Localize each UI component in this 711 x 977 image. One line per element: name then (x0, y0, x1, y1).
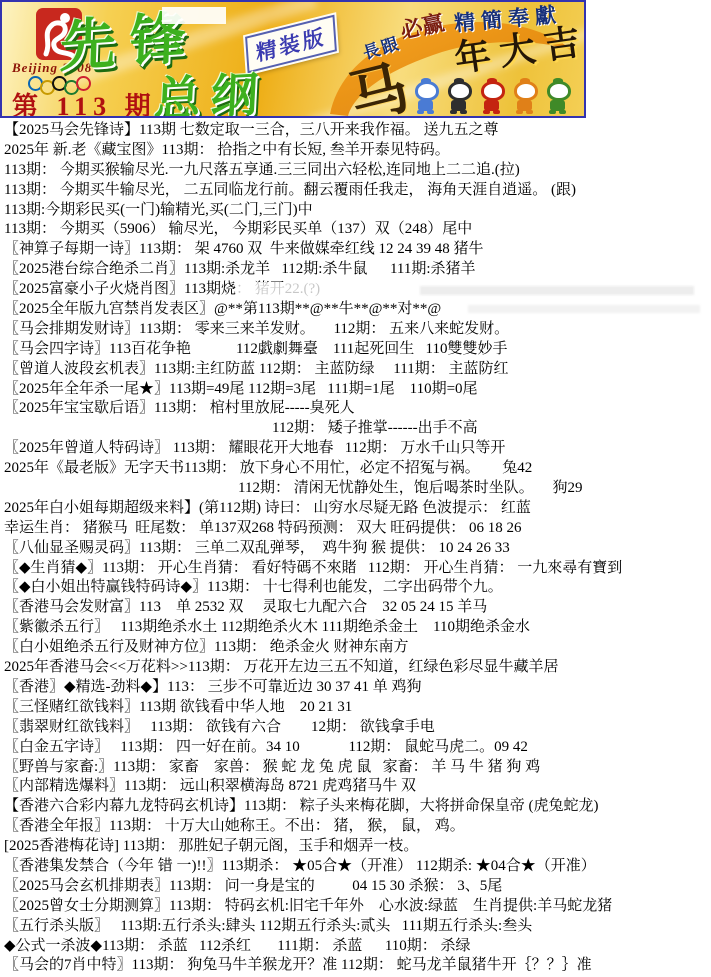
text-line: [2025香港梅花诗] 113期： 那胜妃子朝元阁，玉手和烟弄一枝。 (0, 837, 711, 857)
text-line: 〖野兽与家畜:〗113期： 家畜 家兽： 猴 蛇 龙 兔 虎 鼠 家畜： 羊 马… (0, 758, 711, 778)
issue-number: 第 113 期 (12, 86, 157, 118)
text-line: 〖白小姐绝杀五行及财神方位〗113期： 绝杀金火 财神东南方 (0, 638, 711, 658)
text-line: 〖内部精选爆料〗113期： 远山积翠横海岛 8721 虎鸡猪马牛 双 (0, 777, 711, 797)
text-line: 〖2025富豪小子火烧肖图〗113期烧： 猪开22.(?) (0, 280, 711, 300)
text-line: 2025年香港马会<<万花料>>113期： 万花开左边三五不知道，红绿色彩尽显牛… (0, 658, 711, 678)
text-line: 〖神算子每期一诗〗113期： 架 4760 双 牛来做媒牵红线 12 24 39… (0, 240, 711, 260)
text-line: 〖翡翠财红欲钱料〗 113期： 欲钱有六合 12期： 欲钱拿手电 (0, 718, 711, 738)
fuwa-beibei-icon (412, 81, 440, 114)
text-line: 〖2025曾女士分期测算〗113期： 特码玄机:旧宅千年外 心水波:绿蓝 生肖提… (0, 897, 711, 917)
text-line: 〖香港集发禁合（今年 错 一)!!〗113期杀： ★05合★（开准） 112期杀… (0, 857, 711, 877)
text-line: 〖2025年宝宝歇后语〗113期： 棺村里放屁-----臭死人 (0, 399, 711, 419)
text-line: ◆公式一杀波◆113期： 杀蓝 112杀红 111期： 杀蓝 110期： 杀绿 (0, 937, 711, 957)
content-lines: 【2025马会先锋诗】113期 七数定取一三合，三八开来我作福。 送九五之尊20… (0, 121, 711, 976)
text-line: 2025年 新.老《藏宝图》113期： 拾指之中有长短, 叁羊开泰见特码。 (0, 141, 711, 161)
text-line: 〖2025年曾道人特码诗〗 113期： 耀眼花开大地春 112期： 万水千山只等… (0, 439, 711, 459)
text-line: 〖2025马会玄机排期表〗113期： 问一身是宝的 04 15 30 杀猴： 3… (0, 877, 711, 897)
text-line: 〖白金五字诗〗 113期： 四一好在前。34 10 112期： 鼠蛇马虎二。09… (0, 738, 711, 758)
text-line: 113期： 今期买猴输尽光.一九尺落五享通.三三同出六轻松,连同地上二二追.(拉… (0, 161, 711, 181)
fuwa-yingying-icon (511, 81, 539, 114)
text-line: 113期:今期彩民买(一门)输精光,买(二门,三门)中 (0, 201, 711, 221)
text-line: 〖曾道人波段玄机表〗113期:主红防蓝 112期： 主蓝防绿 111期： 主蓝防… (0, 360, 711, 380)
text-line: 〖香港马会发财富〗113 单 2532 双 灵取七九配六合 32 05 24 1… (0, 598, 711, 618)
text-line: 〖2025港台综合绝杀二肖〗113期:杀龙羊 112期:杀牛鼠 111期:杀猪羊 (0, 260, 711, 280)
text-line: 【香港六合彩内幕九龙特码玄机诗】113期： 粽子头来梅花脚，大将拼命保皇帝 (虎… (0, 797, 711, 817)
whiteout-patch (162, 7, 226, 24)
text-line: 〖八仙显圣赐灵码〗113期： 三单二双乱弹琴， 鸡牛狗 猴 提供： 10 24 … (0, 539, 711, 559)
fuwa-huanhuan-icon (478, 81, 506, 114)
text-line: 113期： 今期买牛输尽光， 二五同临龙行前。翻云覆雨任我走， 海角天涯自逍遥。… (0, 181, 711, 201)
masthead-banner: Beijing 2008 先锋 精装版 总纲 第 113 期 必赢 精簡奉獻 長… (0, 0, 586, 118)
text-line: 〖2025全年版九宫禁肖发表区〗@**第113期**@**牛**@**对**@ (0, 300, 711, 320)
text-line: 〖三怪赌红欲钱料〗113期 欲钱看中华人地 20 21 31 (0, 698, 711, 718)
text-line: 〖◆生肖猜◆〗113期： 开心生肖猜： 看好特碼不來賭 112期： 开心生肖猜：… (0, 559, 711, 579)
fuwa-jingjing-icon (445, 81, 473, 114)
text-line: 〖五行杀头版〗 113期:五行杀头:肆头 112期五行杀头:贰头 111期五行杀… (0, 917, 711, 937)
text-line: 112期： 矮子推掌------出手不高 (0, 419, 711, 439)
masthead-title-bottom: 总纲 (152, 57, 269, 118)
text-line: 113期： 今期买（5906） 输尽光， 今期彩民买单（137）双（248）尾中 (0, 220, 711, 240)
text-line: 〖马会排期发财诗〗113期： 零来三来羊发财。 112期： 五来八来蛇发财。 (0, 320, 711, 340)
lottery-tip-sheet: Beijing 2008 先锋 精装版 总纲 第 113 期 必赢 精簡奉獻 長… (0, 0, 711, 977)
text-line: 〖香港〗◆精选-劲料◆】113： 三步不可靠近边 30 37 41 单 鸡狗 (0, 678, 711, 698)
fuwa-mascot-row (412, 81, 572, 114)
text-line: 〖◆白小姐出特赢钱特码诗◆〗113期： 十七得利也能发，二字出码带个九。 (0, 578, 711, 598)
text-line: 【2025马会先锋诗】113期 七数定取一三合，三八开来我作福。 送九五之尊 (0, 121, 711, 141)
text-line: 〖马会的7肖中特〗113期： 狗兔马牛羊猴龙开？准 112期： 蛇马龙羊鼠猪牛开… (0, 956, 711, 976)
text-line: 幸运生肖： 猪猴马 旺尾数： 单137双268 特码预测： 双大 旺码提供： 0… (0, 519, 711, 539)
text-line: 〖马会四字诗〗113百花争艳 112戯劇舞臺 111起死回生 110雙雙妙手 (0, 340, 711, 360)
text-line: 2025年《最老版》无字天书113期： 放下身心不用忙，必定不招冤与祸。 兔42 (0, 459, 711, 479)
text-line: 2025年白小姐每期超级来料】(第112期) 诗曰： 山穷水尽疑无路 色波提示：… (0, 499, 711, 519)
text-line: 〖2025年全年杀一尾★〗113期=49尾 112期=3尾 111期=1尾 11… (0, 380, 711, 400)
text-line: 〖紫徽杀五行〗 113期绝杀水土 112期绝杀火木 111期绝杀金土 110期绝… (0, 618, 711, 638)
text-line: 〖香港全年报〗113期： 十万大山她称王。不出： 猪， 猴， 鼠， 鸡。 (0, 817, 711, 837)
fuwa-nini-icon (544, 81, 572, 114)
text-line: 112期： 清闲无忧静处生，饱后喝茶时坐队。 狗29 (0, 479, 711, 499)
